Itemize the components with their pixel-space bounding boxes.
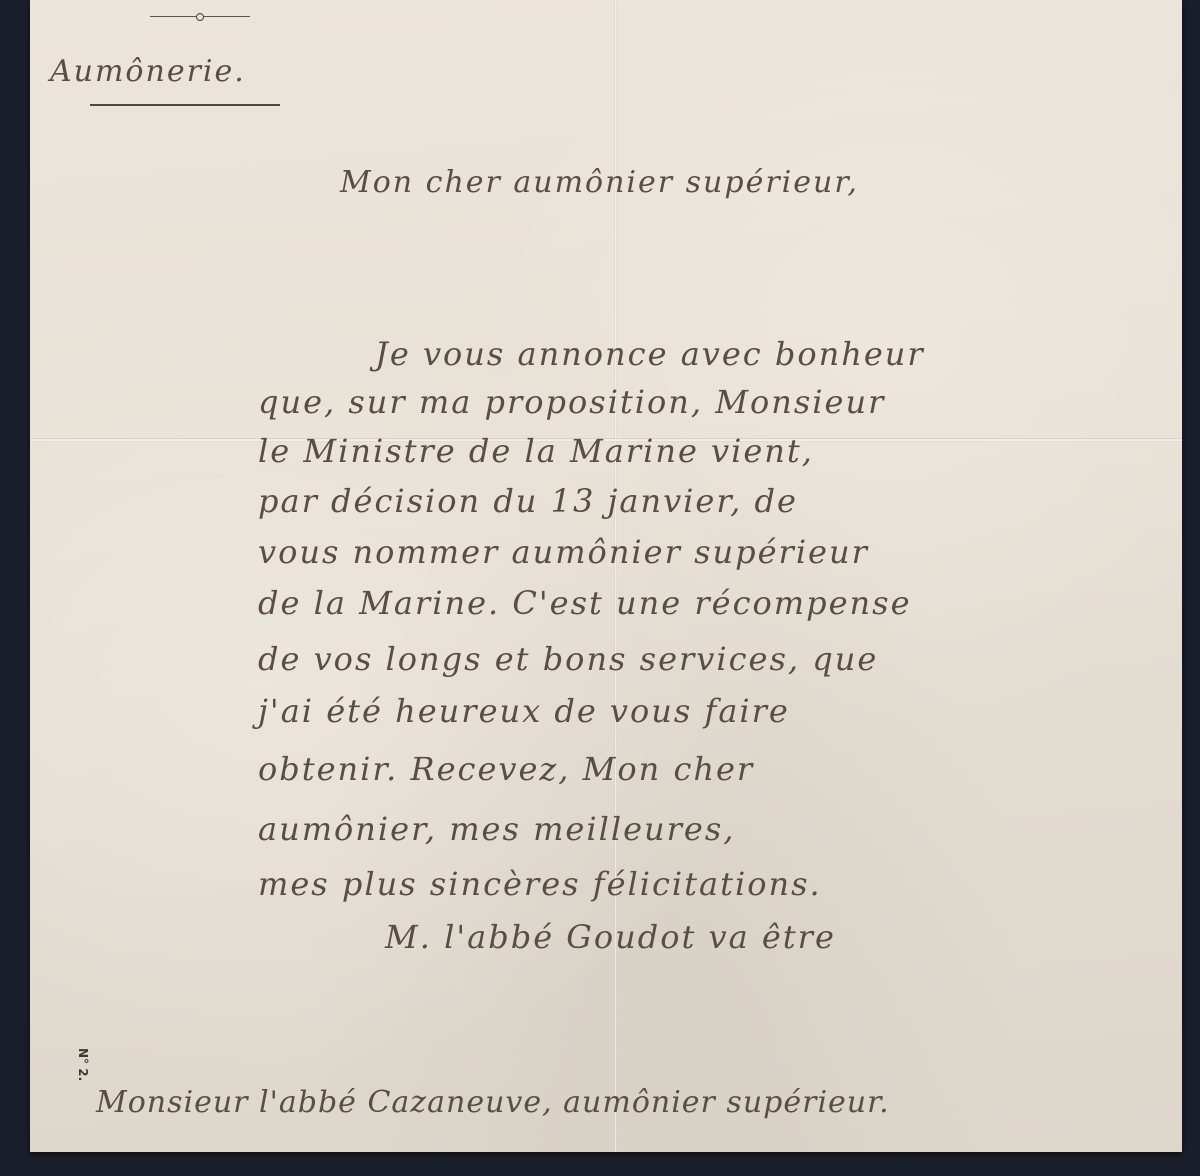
addressee-line: Monsieur l'abbé Cazaneuve, aumônier supé…	[96, 1085, 890, 1120]
department-heading: Aumônerie.	[50, 54, 246, 89]
letter-page: Aumônerie. Mon cher aumônier supérieur, …	[30, 0, 1182, 1152]
salutation: Mon cher aumônier supérieur,	[340, 165, 859, 200]
body-line: vous nommer aumônier supérieur	[258, 533, 869, 571]
body-line: de la Marine. C'est une récompense	[258, 584, 912, 622]
body-line: Je vous annonce avec bonheur	[375, 335, 925, 373]
body-line: que, sur ma proposition, Monsieur	[258, 383, 885, 421]
form-number-stamp: N° 2.	[76, 1048, 90, 1081]
body-line: obtenir. Recevez, Mon cher	[258, 750, 754, 788]
body-line: de vos longs et bons services, que	[258, 640, 878, 678]
body-line: le Ministre de la Marine vient,	[258, 432, 814, 470]
body-line: j'ai été heureux de vous faire	[258, 692, 790, 730]
heading-underline	[90, 104, 280, 106]
body-line: mes plus sincères félicitations.	[258, 865, 822, 903]
printed-rule-ornament-icon	[150, 14, 250, 20]
body-line: M. l'abbé Goudot va être	[385, 918, 836, 956]
body-line: par décision du 13 janvier, de	[258, 482, 798, 520]
body-line: aumônier, mes meilleures,	[258, 810, 735, 848]
